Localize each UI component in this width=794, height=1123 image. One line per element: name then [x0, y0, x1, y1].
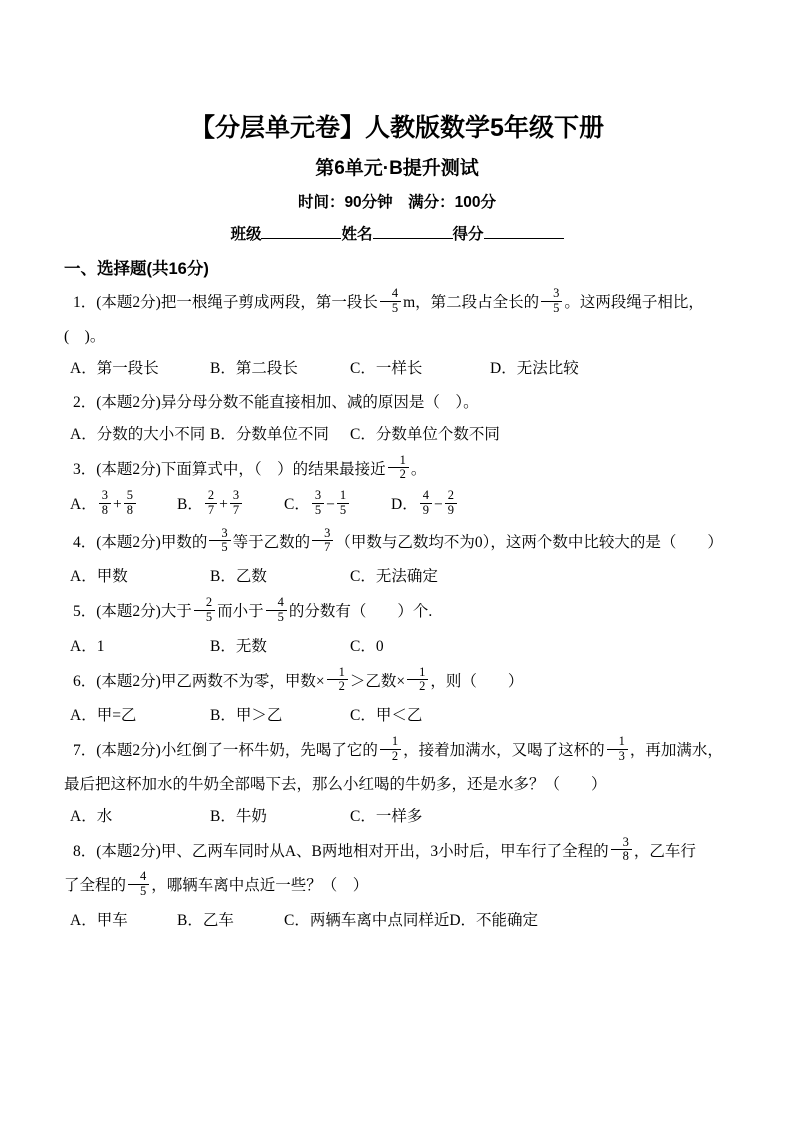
question: 5．(本题2分)大于25而小于45的分数有（ ）个. A．1B．无数C．0	[64, 595, 730, 662]
time-score-line: 时间：90分钟 满分：100分	[64, 192, 730, 214]
score-label: 得分	[453, 226, 484, 243]
fraction: 12	[327, 666, 348, 695]
fraction: 12	[380, 735, 401, 764]
option: D．49−29	[391, 488, 498, 523]
fraction: 37	[230, 489, 242, 518]
option: C．一样长	[350, 353, 490, 384]
option: A．分数的大小不同	[70, 419, 210, 450]
option: C．分数单位个数不同	[350, 419, 500, 450]
fraction: 25	[194, 596, 215, 625]
option: C．无法确定	[350, 561, 490, 592]
fraction: 35	[209, 527, 230, 556]
option: B．分数单位不同	[210, 419, 350, 450]
question-stem: 7．(本题2分)小红倒了一杯牛奶，先喝了它的12，接着加满水，又喝了这杯的13，…	[64, 734, 730, 800]
option: A．38+58	[70, 488, 177, 523]
option: C．0	[350, 631, 490, 662]
fraction: 45	[266, 596, 287, 625]
question-options: A．甲数B．乙数C．无法确定	[70, 561, 730, 592]
fraction: 35	[312, 489, 324, 518]
questions: 1．(本题2分)把一根绳子剪成两段，第一段长45m，第二段占全长的35。这两段绳…	[64, 286, 730, 936]
option: A．甲车	[70, 905, 177, 936]
document-subtitle: 第6单元·B提升测试	[64, 156, 730, 182]
option: C．两辆车离中点同样近	[284, 905, 449, 936]
question-options: A．分数的大小不同B．分数单位不同C．分数单位个数不同	[70, 419, 730, 450]
option: A．第一段长	[70, 353, 210, 384]
option: C．35−15	[284, 488, 391, 523]
question-options: A．1B．无数C．0	[70, 631, 730, 662]
question-stem: 4．(本题2分)甲数的35等于乙数的37（甲数与乙数均不为0），这两个数中比较大…	[64, 526, 730, 561]
class-label: 班级	[230, 226, 261, 243]
question-stem: 5．(本题2分)大于25而小于45的分数有（ ）个.	[64, 595, 730, 630]
fraction: 29	[445, 489, 457, 518]
question: 1．(本题2分)把一根绳子剪成两段，第一段长45m，第二段占全长的35。这两段绳…	[64, 286, 730, 384]
question-stem: 3．(本题2分)下面算式中，（ ）的结果最接近12。	[64, 453, 730, 488]
fraction: 37	[312, 527, 333, 556]
option: A．1	[70, 631, 210, 662]
question: 3．(本题2分)下面算式中，（ ）的结果最接近12。 A．38+58B．27+3…	[64, 453, 730, 523]
option: D．无法比较	[490, 353, 630, 384]
question: 4．(本题2分)甲数的35等于乙数的37（甲数与乙数均不为0），这两个数中比较大…	[64, 526, 730, 593]
name-label: 姓名	[341, 226, 372, 243]
fraction: 38	[611, 836, 632, 865]
score-blank-underline	[484, 222, 564, 239]
question-stem: 8．(本题2分)甲、乙两车同时从A、B两地相对开出，3小时后，甲车行了全程的38…	[64, 835, 730, 904]
fraction: 15	[337, 489, 349, 518]
fraction: 45	[128, 870, 149, 899]
question-stem: 1．(本题2分)把一根绳子剪成两段，第一段长45m，第二段占全长的35。这两段绳…	[64, 286, 730, 352]
option: D．不能确定	[449, 905, 556, 936]
fraction: 58	[124, 489, 136, 518]
question: 8．(本题2分)甲、乙两车同时从A、B两地相对开出，3小时后，甲车行了全程的38…	[64, 835, 730, 936]
question: 7．(本题2分)小红倒了一杯牛奶，先喝了它的12，接着加满水，又喝了这杯的13，…	[64, 734, 730, 832]
question-options: A．第一段长B．第二段长C．一样长D．无法比较	[70, 353, 730, 384]
class-blank-underline	[261, 222, 341, 239]
question-options: A．38+58B．27+37C．35−15D．49−29	[70, 488, 730, 523]
fraction: 12	[407, 666, 428, 695]
option: B．无数	[210, 631, 350, 662]
fraction: 45	[380, 287, 401, 316]
document-page: 【分层单元卷】人教版数学5年级下册 第6单元·B提升测试 时间：90分钟 满分：…	[0, 0, 794, 1123]
question-options: A．甲车B．乙车C．两辆车离中点同样近D．不能确定	[70, 905, 730, 936]
option: B．乙车	[177, 905, 284, 936]
document-title: 【分层单元卷】人教版数学5年级下册	[64, 112, 730, 144]
section-heading: 一、选择题(共16分)	[64, 255, 730, 283]
question-stem: 6．(本题2分)甲乙两数不为零，甲数×12＞乙数×12，则（ ）	[64, 665, 730, 700]
question-options: A．甲=乙B．甲＞乙C．甲＜乙	[70, 700, 730, 731]
question-options: A．水B．牛奶C．一样多	[70, 801, 730, 832]
option: B．第二段长	[210, 353, 350, 384]
option: C．甲＜乙	[350, 700, 490, 731]
fraction: 27	[205, 489, 217, 518]
question-stem: 2．(本题2分)异分母分数不能直接相加、减的原因是（ ）。	[64, 387, 730, 418]
fraction: 35	[541, 287, 562, 316]
option: B．乙数	[210, 561, 350, 592]
name-blank-underline	[373, 222, 453, 239]
question: 2．(本题2分)异分母分数不能直接相加、减的原因是（ ）。 A．分数的大小不同B…	[64, 387, 730, 450]
option: A．水	[70, 801, 210, 832]
option: A．甲数	[70, 561, 210, 592]
option: B．27+37	[177, 488, 284, 523]
fraction: 49	[420, 489, 432, 518]
option: B．甲＞乙	[210, 700, 350, 731]
fraction: 13	[607, 735, 628, 764]
option: C．一样多	[350, 801, 490, 832]
fraction: 38	[99, 489, 111, 518]
question: 6．(本题2分)甲乙两数不为零，甲数×12＞乙数×12，则（ ） A．甲=乙B．…	[64, 665, 730, 732]
option: A．甲=乙	[70, 700, 210, 731]
fields-line: 班级姓名得分	[64, 222, 730, 247]
fraction: 12	[388, 454, 409, 483]
option: B．牛奶	[210, 801, 350, 832]
